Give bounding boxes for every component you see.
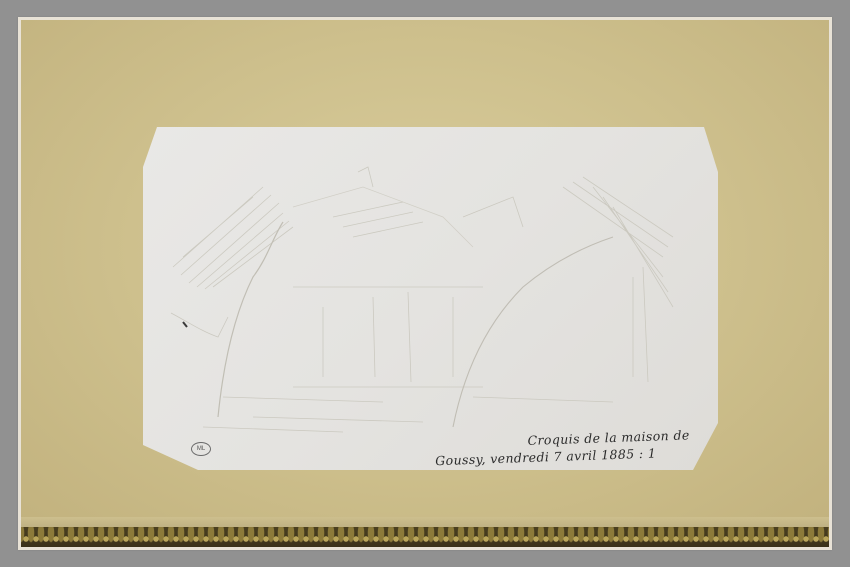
collection-stamp: ML: [191, 442, 211, 456]
mat-lower-edge: [21, 517, 829, 527]
gilt-frame-molding: [21, 527, 829, 547]
pencil-sketch-drawing: [143, 127, 718, 470]
sketch-paper: ML Croquis de la maison de Goussy, vendr…: [143, 127, 718, 470]
